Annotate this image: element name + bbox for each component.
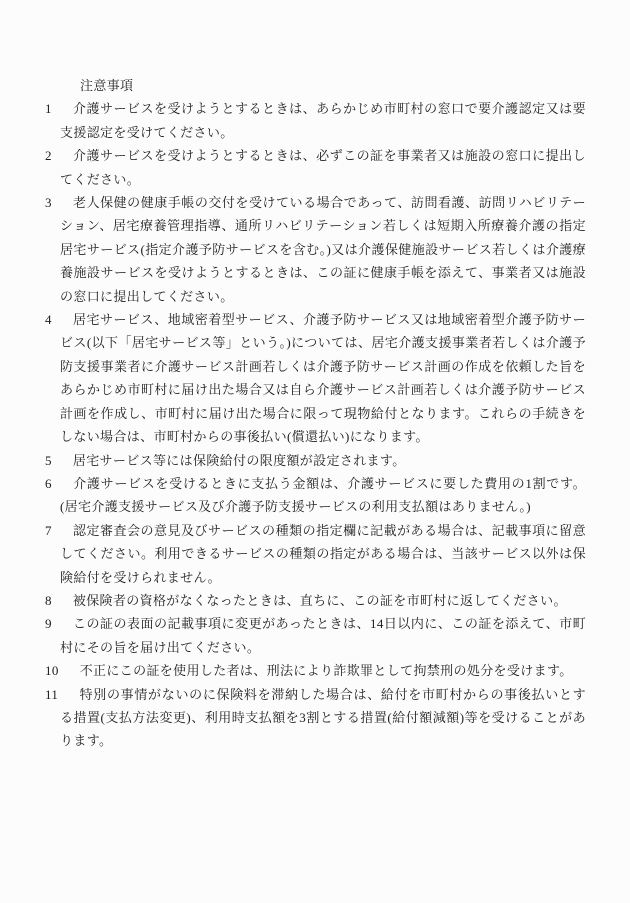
note-text: 介護サービスを受けるときに支払う金額は、介護サービスに要した費用の1割です。(居…	[60, 476, 586, 514]
note-number: 5	[45, 453, 52, 468]
note-item-1: 1介護サービスを受けようとするときは、あらかじめ市町村の窓口で要介護認定又は要支…	[45, 97, 586, 144]
note-item-10: 10不正にこの証を使用した者は、刑法により詐欺罪として拘禁刑の処分を受けます。	[45, 659, 586, 682]
note-number: 8	[45, 593, 52, 608]
note-item-5: 5居宅サービス等には保険給付の限度額が設定されます。	[45, 449, 586, 472]
note-text: 被保険者の資格がなくなったときは、直ちに、この証を市町村に返してください。	[73, 593, 567, 608]
page-title: 注意事項	[45, 74, 586, 97]
note-text: 不正にこの証を使用した者は、刑法により詐欺罪として拘禁刑の処分を受けます。	[80, 663, 573, 678]
note-item-2: 2介護サービスを受けようとするときは、必ずこの証を事業者又は施設の窓口に提出して…	[45, 144, 586, 191]
note-number: 6	[45, 476, 52, 491]
note-number: 4	[45, 312, 52, 327]
note-number: 7	[45, 523, 52, 538]
note-text: 居宅サービス等には保険給付の限度額が設定されます。	[73, 453, 406, 468]
note-number: 11	[45, 687, 58, 702]
note-item-11: 11特別の事情がないのに保険料を滞納した場合は、給付を市町村からの事後払いとする…	[45, 683, 586, 753]
note-text: 老人保健の健康手帳の交付を受けている場合であって、訪問看護、訪問リハビリテーショ…	[60, 195, 586, 304]
notes-section: 注意事項 1介護サービスを受けようとするときは、あらかじめ市町村の窓口で要介護認…	[45, 74, 586, 753]
note-item-6: 6介護サービスを受けるときに支払う金額は、介護サービスに要した費用の1割です。(…	[45, 472, 586, 519]
note-text: この証の表面の記載事項に変更があったときは、14日以内に、この証を添えて、市町村…	[60, 616, 586, 654]
note-text: 居宅サービス、地域密着型サービス、介護予防サービス又は地域密着型介護予防サービス…	[60, 312, 586, 444]
note-item-9: 9この証の表面の記載事項に変更があったときは、14日以内に、この証を添えて、市町…	[45, 612, 586, 659]
note-item-7: 7認定審査会の意見及びサービスの種類の指定欄に記載がある場合は、記載事項に留意し…	[45, 519, 586, 589]
note-text: 特別の事情がないのに保険料を滞納した場合は、給付を市町村からの事後払いとする措置…	[60, 687, 586, 749]
note-number: 2	[45, 148, 52, 163]
note-item-3: 3老人保健の健康手帳の交付を受けている場合であって、訪問看護、訪問リハビリテーシ…	[45, 191, 586, 308]
note-item-4: 4居宅サービス、地域密着型サービス、介護予防サービス又は地域密着型介護予防サービ…	[45, 308, 586, 448]
note-number: 3	[45, 195, 52, 210]
document-page: 注意事項 1介護サービスを受けようとするときは、あらかじめ市町村の窓口で要介護認…	[0, 0, 630, 903]
note-text: 介護サービスを受けようとするときは、あらかじめ市町村の窓口で要介護認定又は要支援…	[60, 101, 586, 139]
note-number: 9	[45, 616, 52, 631]
note-text: 認定審査会の意見及びサービスの種類の指定欄に記載がある場合は、記載事項に留意して…	[60, 523, 586, 585]
note-item-8: 8被保険者の資格がなくなったときは、直ちに、この証を市町村に返してください。	[45, 589, 586, 612]
note-text: 介護サービスを受けようとするときは、必ずこの証を事業者又は施設の窓口に提出してく…	[60, 148, 586, 186]
note-number: 10	[45, 663, 59, 678]
note-number: 1	[45, 101, 52, 116]
